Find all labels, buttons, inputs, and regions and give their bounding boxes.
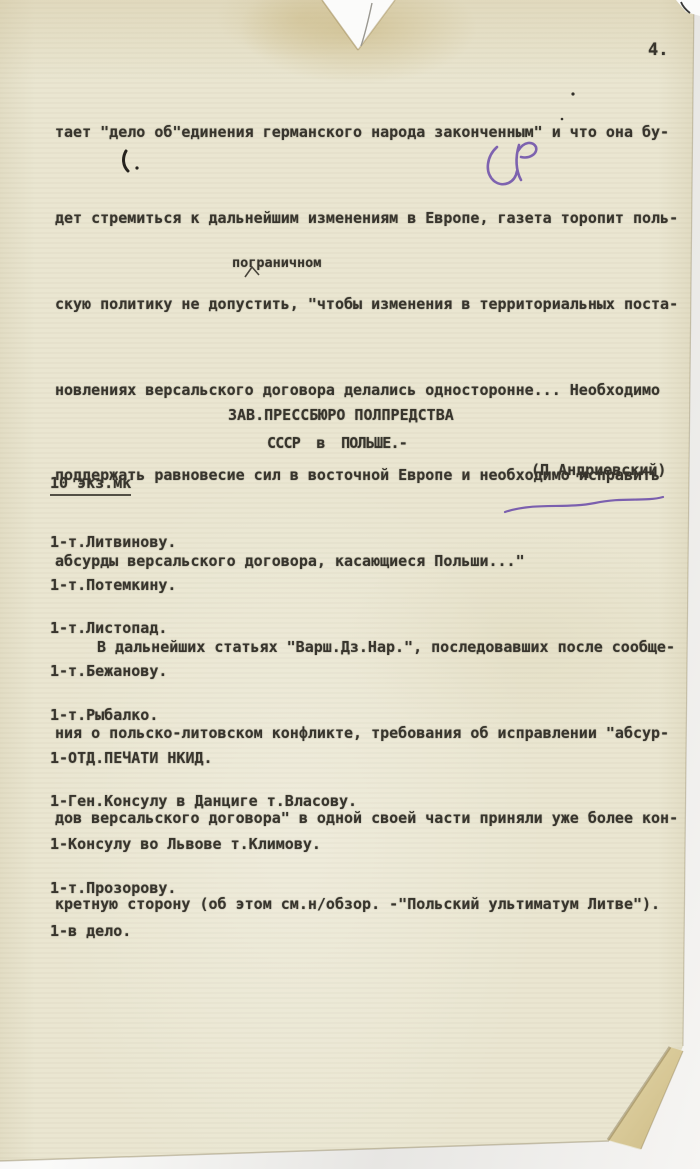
body-line: дет стремиться к дальнейшим изменениям в… [55,204,678,233]
distribution-item: 1-Ген.Консулу в Данциге т.Власову. [50,794,357,808]
distribution-item: 1-т.Бежанову. [50,664,357,678]
distribution-item: 1-ОТД.ПЕЧАТИ НКИД. [50,751,357,765]
distribution-item: 1-т.Рыбалко. [50,708,357,722]
closing-title-line1: ЗАВ.ПРЕССБЮРО ПОЛПРЕДСТВА [228,408,454,423]
distribution-item: 1-т.Прозорову. [50,881,357,895]
distribution-list: 1-т.Литвинову. 1-т.Потемкину. 1-т.Листоп… [50,506,357,953]
inserted-word: пограничном [232,257,321,269]
body-line: скую политику не допустить, "чтобы измен… [55,290,678,319]
body-line: тает "дело об"единения германского народ… [55,118,678,147]
closing-title-line2: СССР в ПОЛЬШЕ.- [267,436,407,451]
signatory-name: (П.Андриевский) [531,463,666,478]
distribution-item: 1-т.Литвинову. [50,535,357,549]
copies-note: 10 экз.мк [50,476,131,496]
distribution-item: 1-т.Листопад. [50,621,357,635]
distribution-item: 1-Консулу во Львове т.Климову. [50,837,357,851]
page-number: 4. [648,40,668,60]
distribution-item: 1-в дело. [50,924,357,938]
body-line: новлениях версальского договора делались… [55,376,678,405]
distribution-item: 1-т.Потемкину. [50,578,357,592]
